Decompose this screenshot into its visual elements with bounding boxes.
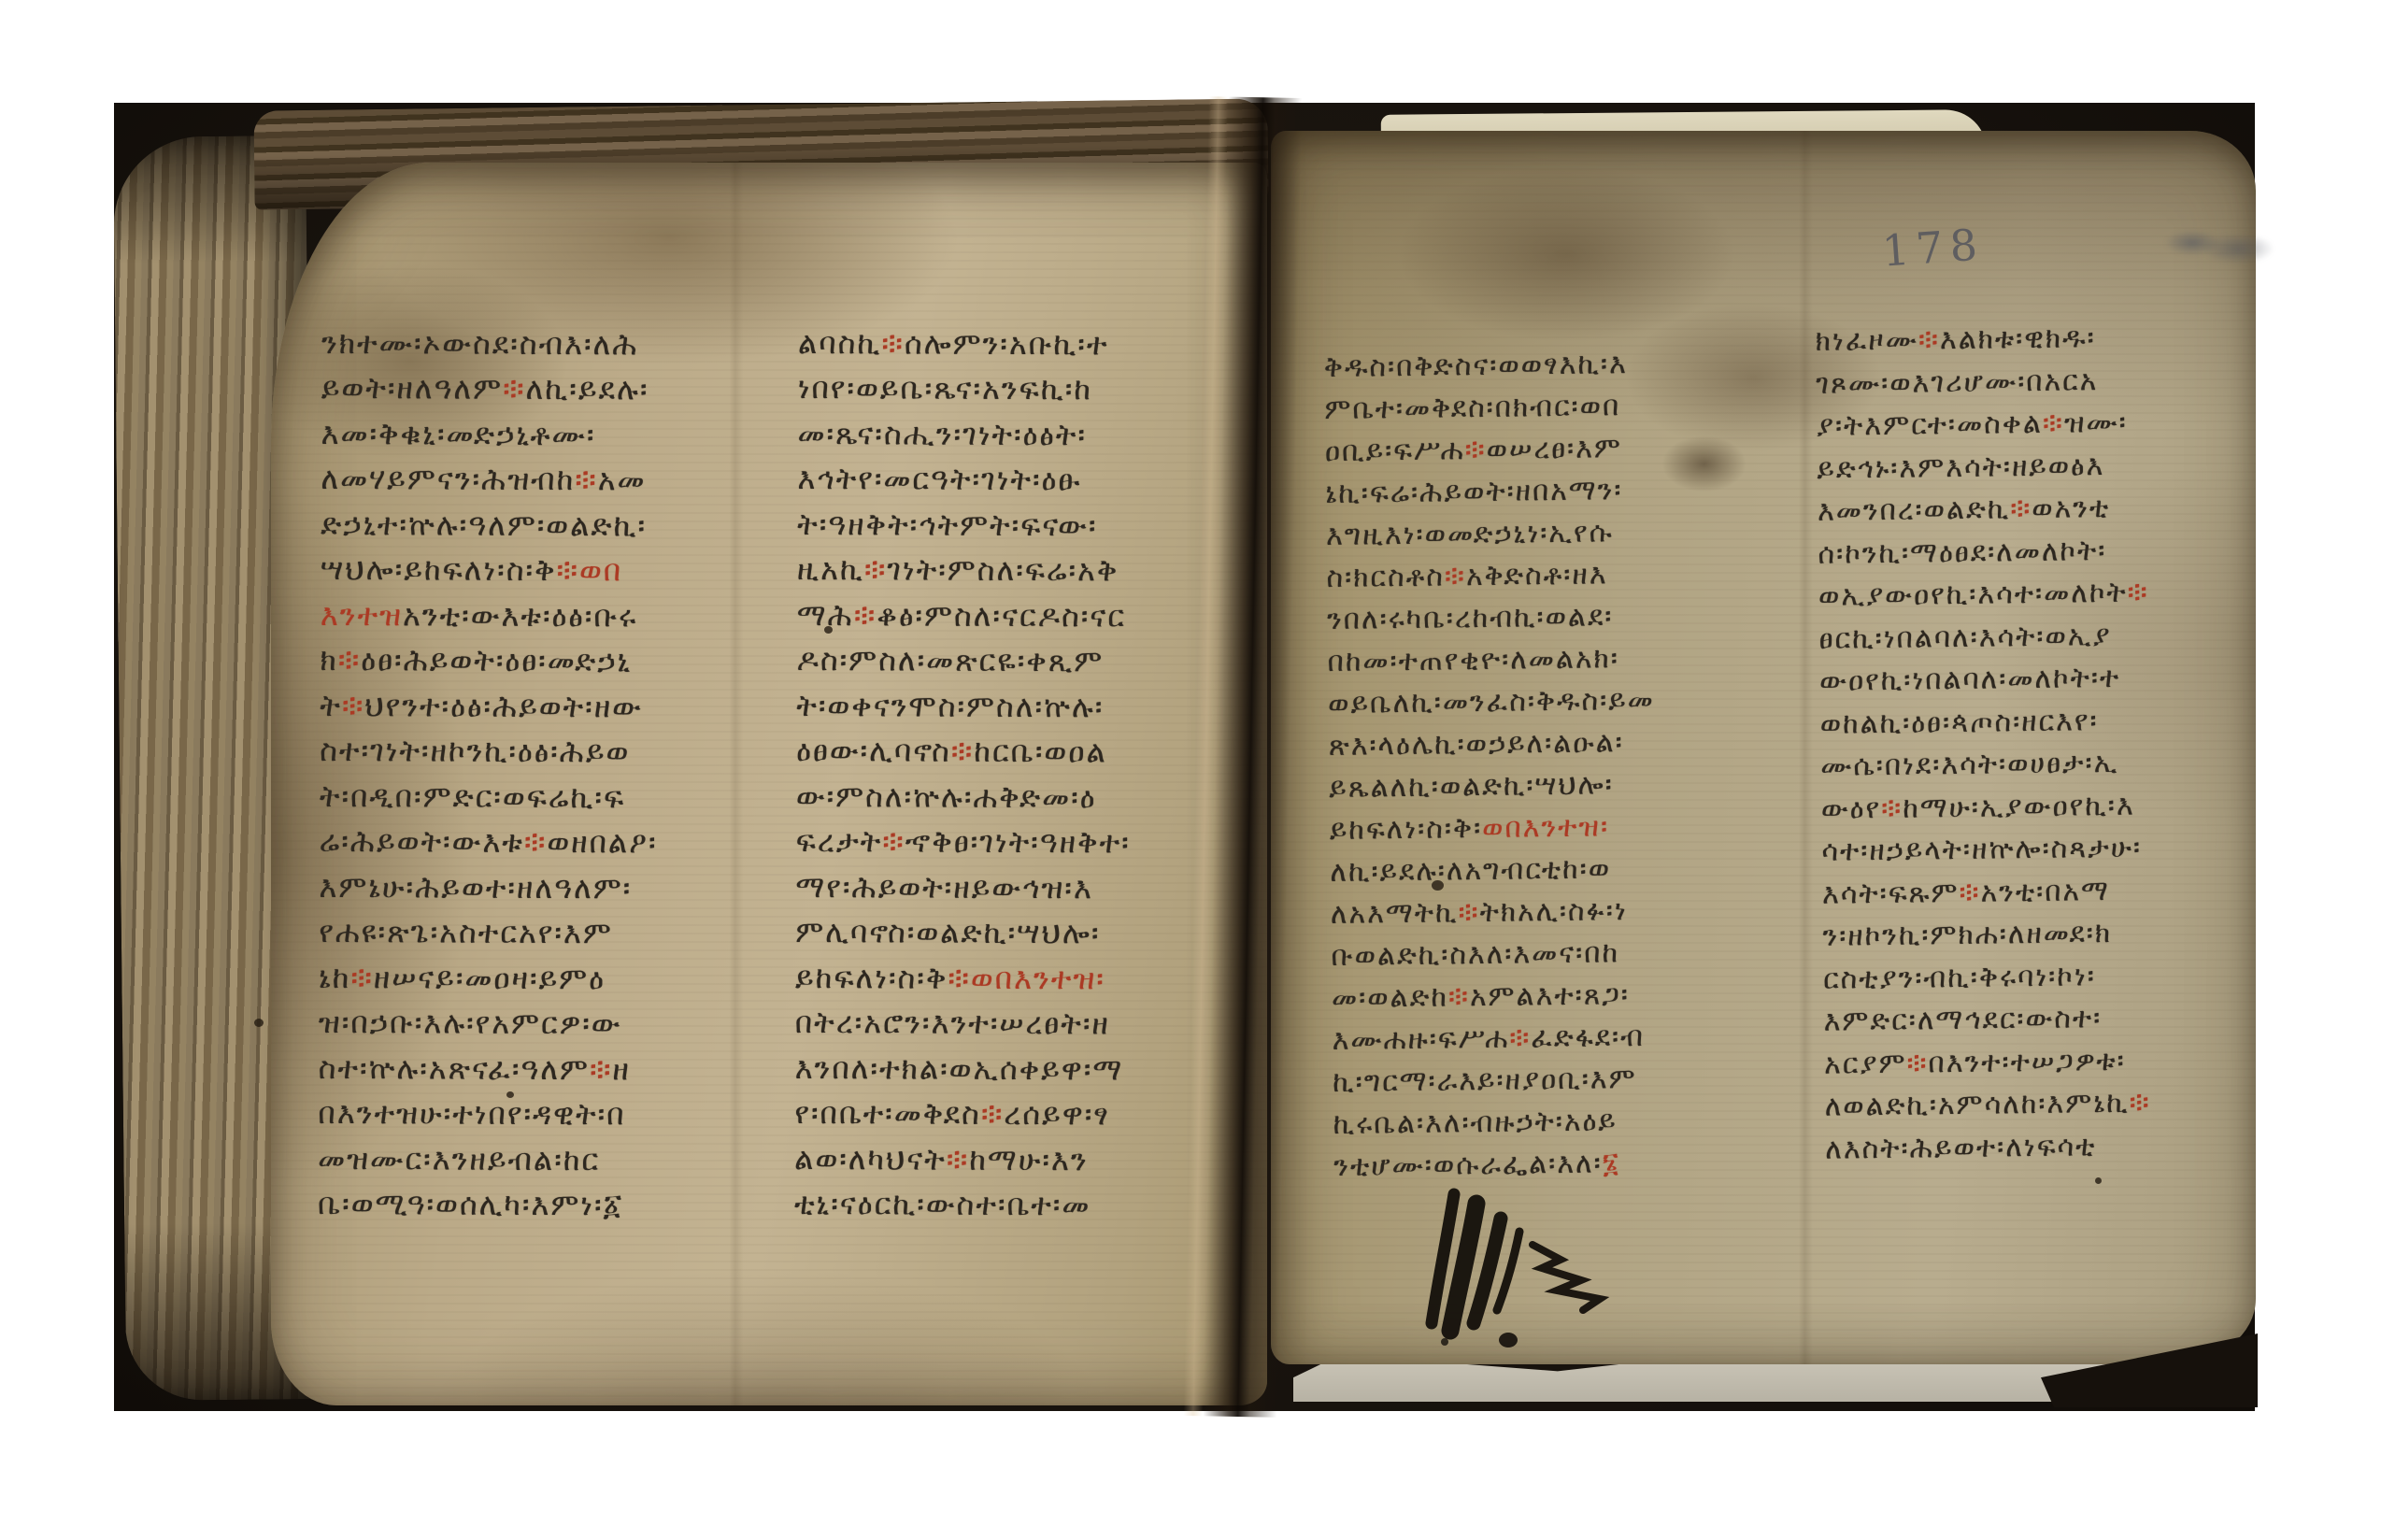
text-line: ቡወልድኪ፡ስእለ፡እመና፡በከ — [1331, 930, 1793, 977]
rubric-segment: ፨ — [2043, 407, 2064, 440]
text-segment: ከርቤ፡ወዐል — [974, 734, 1107, 771]
text-line: ስተ፡ገነት፡ዘኮንኪ፡ዕፅ፡ሕይወ — [320, 728, 768, 776]
paper-speck — [254, 1019, 264, 1027]
text-line: ን፡ዘኮንኪ፡ምክሐ፡ለዘመደ፡ክ — [1822, 910, 2251, 958]
text-line: ቅዱስ፡በቅድስና፡ወወፃእኪ፡እ — [1324, 341, 1787, 389]
text-segment: የሐዩ፡ጽጌ፡አስተርአየ፡እም — [319, 914, 613, 951]
text-segment: ይድኅኑ፡እምእሳት፡ዘይወፅእ — [1817, 449, 2104, 486]
right-page-column-2: ክነፈዞሙ፨እልክቱ፡ዊክዱ፡ገጾሙ፡ወእገሪሆሙ፡በአርአያ፡ትእምርተ፡መስ… — [1815, 315, 2253, 1171]
text-line: ዐቢይ፡ፍሥሐ፨ወሠረፀ፡እም — [1325, 425, 1788, 473]
text-line: መዝሙር፡እንዘይብል፡ከር — [318, 1136, 766, 1184]
text-segment: በእንተ፡ተሠጋዎቱ፡ — [1928, 1045, 2126, 1080]
text-line: ቤ፡ወሚዓ፡ወሰሊካ፡እምነ፡፩ — [318, 1181, 766, 1229]
text-segment: ት፡ዓዘቅት፡ኅትምት፡ፍናው፡ — [797, 506, 1097, 544]
text-segment: ገጾሙ፡ወእገሪሆሙ፡በአርአ — [1816, 364, 2098, 401]
text-line: የ፡በቤተ፡መቅደስ፨ረሰይዋ፡ፃ — [794, 1091, 1235, 1138]
text-line: ነበየ፡ወይቤ፡ጼና፡አንፍኪ፡ከ — [798, 365, 1239, 413]
text-segment: ለኪ፡ይደሉ፡ለአግብርቲከ፡ወ — [1330, 852, 1611, 889]
text-segment: ንበለ፡ሩካቤ፡ረከብኪ፡ወልደ፡ — [1327, 600, 1614, 636]
text-line: ለኪ፡ይደሉ፡ለአግብርቲከ፡ወ — [1330, 846, 1792, 893]
text-segment: ለአእማትኪ — [1331, 896, 1459, 931]
text-line: ክነፈዞሙ፨እልክቱ፡ዊክዱ፡ — [1815, 315, 2244, 363]
text-segment: ውዐየኪ፡ነበልባለ፡መለኮት፡ተ — [1819, 662, 2120, 698]
text-line: ዚአኪ፨ገነት፡ምስለ፡ፍሬ፡አቅ — [797, 547, 1238, 594]
text-segment: ወሠረፀ፡እም — [1486, 432, 1622, 466]
text-segment: ስተ፡ገነት፡ዘኮንኪ፡ዕፅ፡ሕይወ — [320, 733, 630, 770]
text-segment: እመ፡ቅቁኒ፡መድኃኒቶሙ፡ — [321, 416, 596, 453]
text-segment: ለመሃይምናን፡ሕዝብከ — [321, 461, 575, 498]
text-line: እግዚእነ፡ወመድኃኒነ፡ኢየሱ — [1326, 509, 1789, 557]
text-line: ክ፨ዕፀ፡ሕይወት፡ዕፀ፡መድኃኒ — [320, 637, 768, 685]
rubric-segment: ፨ — [881, 325, 905, 362]
left-page-column-2: ልባስኪ፨ሰሎምን፡አቡኪ፡ተነበየ፡ወይቤ፡ጼና፡አንፍኪ፡ከመ፡ጼና፡ስሒን… — [794, 321, 1239, 1229]
text-line: ት፨ህየንተ፡ዕፅ፡ሕይወት፡ዘው — [320, 683, 768, 731]
text-line: ልወ፡ለካህናት፨ከማሁ፡እን — [794, 1136, 1235, 1184]
text-segment: እሙሐዙ፡ፍሥሐ — [1332, 1022, 1509, 1057]
text-segment: ወይቤለኪ፡መንፈስ፡ቅዱስ፡ይመ — [1328, 684, 1655, 720]
text-line: ይወት፡ዘለዓለም፨ለኪ፡ይደሉ፡ — [321, 365, 770, 413]
text-segment: አቅድስቶ፡ዘእ — [1466, 558, 1608, 592]
ink-smudge — [2157, 217, 2276, 275]
rubric-segment: ፨ — [854, 597, 877, 634]
text-segment: ሰ፡ኮንኪ፡ማዕፀደ፡ለመለኮት፡ — [1818, 535, 2106, 571]
text-line: እኅትየ፡መርዓት፡ገነት፡ዕፁ — [797, 456, 1238, 504]
rubric-segment: ፨ — [1881, 791, 1903, 824]
text-segment: ከማሁ፡እን — [969, 1142, 1089, 1179]
text-segment: ወከልኪ፡ዕፀ፡ጳጦስ፡ዘርእየ፡ — [1820, 705, 2099, 741]
ink-blot — [1396, 1183, 1630, 1356]
text-segment: ንቲሆሙ፡ወሱራፌል፡እለ፡ — [1333, 1147, 1603, 1183]
text-segment: ድኃኒተ፡ኵሉ፡ዓለም፡ወልድኪ፡ — [321, 506, 647, 545]
text-segment: ት — [320, 688, 342, 724]
text-segment: ሳተ፡ዘኃይላት፡ዘኵሎ፡ስጻታሁ፡ — [1821, 832, 2142, 868]
rubric-segment: ፨ — [1906, 1047, 1928, 1079]
text-segment: ክ — [320, 642, 337, 678]
text-line: ውዕየ፨ከማሁ፡ኢያውዐየኪ፡እ — [1821, 783, 2250, 831]
text-segment: ውዕየ — [1821, 792, 1882, 826]
text-line: ወኢያውዐየኪ፡እሳተ፡መለኮት፨ — [1818, 570, 2247, 618]
text-line: ርስቲያን፡ብኪ፡ቅሩባነ፡ኮነ፡ — [1823, 953, 2252, 1001]
rubric-segment: ፨ — [524, 824, 548, 861]
text-line: ቲኒ፡ናዕርኪ፡ውስተ፡ቤተ፡መ — [794, 1181, 1235, 1229]
text-segment: ርስቲያን፡ብኪ፡ቅሩባነ፡ኮነ፡ — [1823, 960, 2096, 996]
text-line: የሐዩ፡ጽጌ፡አስተርአየ፡እም — [319, 909, 767, 957]
text-segment: ለኪ፡ይደሉ፡ — [526, 371, 649, 408]
rubric-segment: ፨ — [342, 688, 365, 724]
paper-speck — [506, 1091, 514, 1098]
text-segment: ዕፀ፡ሕይወት፡ዕፀ፡መድኃኒ — [361, 642, 632, 679]
text-line: ት፡በዲበ፡ምድር፡ወፍሬኪ፡ፍ — [320, 774, 768, 821]
text-segment: ዚአኪ — [797, 551, 864, 588]
text-line: ፍረታት፨ኆቅፀ፡ገነት፡ዓዘቅተ፡ — [796, 819, 1237, 866]
text-segment: ዝ፡በኃቡ፡እሉ፡የአምርዎ፡ው — [319, 1005, 622, 1042]
text-line: እመንበረ፡ወልድኪ፨ወአንቲ — [1818, 485, 2246, 533]
text-segment: ወዘበልዖ፡ — [547, 824, 657, 862]
paper-speck — [1432, 880, 1444, 891]
text-segment: ዶስ፡ምስለ፡መጽርዬ፡ቀጺም — [796, 642, 1104, 679]
text-segment: ዘሠናይ፡መዐዛ፡ይምዕ — [374, 960, 606, 997]
text-segment: የ፡በቤተ፡መቅደስ — [794, 1095, 981, 1133]
text-segment: ያ፡ትእምርተ፡መስቀል — [1817, 407, 2043, 443]
text-segment: ኪ፡ግርማ፡ራእይ፡ዘያዐቢ፡እም — [1333, 1062, 1637, 1099]
paper-speck — [824, 626, 833, 634]
text-line: እመ፡ቅቁኒ፡መድኃኒቶሙ፡ — [321, 411, 769, 459]
text-segment: በከመ፡ተጠየቂዮ፡ለመልአክ፡ — [1327, 642, 1619, 678]
text-segment: እንበለ፡ተክል፡ወኢሰቀይዋ፡ማ — [795, 1050, 1124, 1089]
text-line: እንበለ፡ተክል፡ወኢሰቀይዋ፡ማ — [795, 1046, 1236, 1093]
rubric-segment: ፨ — [951, 734, 975, 770]
text-segment: ምሊባኖስ፡ወልድኪ፡ሣህሎ፡ — [795, 914, 1100, 951]
text-segment: ከማሁ፡ኢያውዐየኪ፡እ — [1903, 789, 2135, 824]
text-segment: ክነፈዞሙ — [1816, 324, 1919, 358]
text-segment: ኪሩቤል፡እለ፡ብዙኃት፡አዕይ — [1333, 1105, 1618, 1141]
text-line: መ፡ወልድከ፨አምልእተ፡ጸጋ፡ — [1332, 972, 1794, 1020]
text-line: ገጾሙ፡ወእገሪሆሙ፡በአርአ — [1816, 358, 2245, 406]
text-segment: ዝሙ፡ — [2064, 406, 2128, 440]
text-line: ንቲሆሙ፡ወሱራፌል፡እለ፡፮ — [1333, 1140, 1796, 1188]
text-segment: እግዚእነ፡ወመድኃኒነ፡ኢየሱ — [1326, 516, 1614, 552]
text-segment: ት፡በዲበ፡ምድር፡ወፍሬኪ፡ፍ — [320, 778, 625, 816]
rubric-segment: እንተዝ — [321, 597, 403, 634]
text-line: ምቤተ፡መቅደስ፡በክብር፡ወበ — [1324, 383, 1787, 431]
rubric-segment: ፨ — [2129, 1087, 2150, 1119]
text-line: ለአእማትኪ፨ትክአሊ፡ስፉ፡ነ — [1331, 888, 1793, 935]
text-line: ሣህሎ፡ይከፍለነ፡ስ፡ቅ፨ወበ — [321, 547, 769, 594]
text-segment: ዘ — [612, 1051, 631, 1088]
text-segment: ት፡ወቀናንሞስ፡ምስለ፡ኵሉ፡ — [796, 688, 1104, 725]
text-segment: ሙሴ፡በነደ፡እሳት፡ወሀፀታ፡ኢ — [1820, 747, 2118, 783]
text-line: አርያም፨በእንተ፡ተሠጋዎቱ፡ — [1824, 1038, 2253, 1086]
text-segment: ይጼልለኪ፡ወልድኪ፡ሣህሎ፡ — [1329, 768, 1614, 805]
text-line: ውዐየኪ፡ነበልባለ፡መለኮት፡ተ — [1819, 655, 2248, 703]
text-line: ኔኪ፡ፍሬ፡ሕይወት፡ዘበአማን፡ — [1325, 467, 1788, 515]
text-segment: ቲኒ፡ናዕርኪ፡ውስተ፡ቤተ፡መ — [794, 1186, 1091, 1223]
rubric-segment: ፮ — [1602, 1147, 1620, 1179]
text-segment: ቡወልድኪ፡ስእለ፡እመና፡በከ — [1331, 936, 1619, 973]
text-segment: እኅትየ፡መርዓት፡ገነት፡ዕፁ — [797, 461, 1081, 498]
text-segment: ለእስት፡ሕይወተ፡ለነፍሳቲ — [1825, 1130, 2097, 1166]
text-segment: ሬ፡ሕይወት፡ውእቱ — [320, 823, 524, 861]
rubric-segment: ፨ — [1445, 560, 1466, 592]
text-line: ሬ፡ሕይወት፡ውእቱ፨ወዘበልዖ፡ — [320, 819, 768, 866]
text-segment: አመ — [598, 462, 647, 498]
rubric-segment: ፨ — [350, 960, 374, 996]
text-segment: ወኢያውዐየኪ፡እሳተ፡መለኮት — [1818, 577, 2128, 613]
text-line: ማየ፡ሕይወት፡ዘይውኅዝ፡እ — [795, 864, 1236, 912]
text-line: ኔከ፨ዘሠናይ፡መዐዛ፡ይምዕ — [319, 955, 767, 1003]
text-segment: በትረ፡አሮን፡እንተ፡ሠረፀት፡ዘ — [795, 1005, 1110, 1042]
text-line: ማሕ፨ቆፅ፡ምስለ፡ናርዶስ፡ናር — [797, 592, 1238, 640]
text-segment: አንቲ፡ውእቱ፡ዕፅ፡ቡሩ — [403, 597, 637, 635]
text-segment: ነበየ፡ወይቤ፡ጼና፡አንፍኪ፡ከ — [798, 370, 1092, 407]
text-line: ያ፡ትእምርተ፡መስቀል፨ዝሙ፡ — [1817, 400, 2246, 448]
text-segment: ጽእ፡ላዕሌኪ፡ወኃይለ፡ልዑል፡ — [1329, 726, 1624, 763]
rubric-segment: ፨ — [575, 462, 598, 498]
text-line: እምድር፡ለማኅደር፡ውስተ፡ — [1823, 995, 2252, 1043]
text-line: እምኔሁ፡ሕይወተ፡ዘለዓለም፡ — [319, 864, 767, 912]
text-segment: ገነት፡ምስለ፡ፍሬ፡አቅ — [887, 552, 1119, 590]
text-segment: ትክአሊ፡ስፉ፡ነ — [1479, 894, 1628, 929]
text-segment: ፈድፋደ፡ብ — [1531, 1020, 1645, 1054]
text-segment: ወአንቲ — [2032, 492, 2110, 525]
rubric-segment: ፨ — [947, 1141, 970, 1177]
text-line: ኪ፡ግርማ፡ራእይ፡ዘያዐቢ፡እም — [1333, 1056, 1795, 1104]
rubric-segment: ወበእንተዝ፡ — [971, 961, 1105, 998]
rubric-segment: ወበእንተዝ፡ — [1482, 810, 1609, 845]
text-line: እሳት፡ፍጹም፨አንቲ፡በአማ — [1822, 868, 2251, 916]
text-segment: ልወ፡ለካህናት — [794, 1141, 947, 1178]
manuscript-scan-page: 178 ንክተሙ፡ኦውስደ፡ስብእ፡ለሕይወት፡ዘለዓለም፨ለኪ፡ይደሉ፡እመ፡… — [0, 0, 2381, 1540]
text-line: በእንተዝሁ፡ተነበየ፡ዳዊት፡በ — [318, 1091, 766, 1138]
text-segment: ማየ፡ሕይወት፡ዘይውኅዝ፡እ — [795, 869, 1093, 906]
text-segment: አንቲ፡በአማ — [1980, 875, 2110, 909]
rubric-segment: ፨ — [2010, 492, 2032, 525]
text-segment: መ፡ጼና፡ስሒን፡ገነት፡ዕፅት፡ — [798, 416, 1088, 453]
text-line: መ፡ጼና፡ስሒን፡ገነት፡ዕፅት፡ — [797, 411, 1238, 459]
text-line: በከመ፡ተጠየቂዮ፡ለመልአክ፡ — [1327, 635, 1789, 683]
text-line: ሰ፡ኮንኪ፡ማዕፀደ፡ለመለኮት፡ — [1818, 528, 2246, 576]
text-segment: ስተ፡ኵሉ፡አጽናፈ፡ዓለም — [319, 1050, 591, 1088]
rubric-segment: ፨ — [1959, 876, 1980, 908]
text-segment: አምልእተ፡ጸጋ፡ — [1470, 978, 1630, 1013]
right-page-column-1: ቅዱስ፡በቅድስና፡ወወፃእኪ፡እምቤተ፡መቅደስ፡በክብር፡ወበዐቢይ፡ፍሥሐ… — [1324, 341, 1796, 1188]
folio-number: 178 — [1880, 219, 1985, 276]
rubric-segment: ፨ — [1464, 434, 1486, 466]
rubric-segment: ፨ — [864, 552, 888, 589]
text-line: ት፡ወቀናንሞስ፡ምስለ፡ኵሉ፡ — [796, 683, 1237, 731]
text-segment: ይወት፡ዘለዓለም — [321, 370, 503, 407]
rubric-segment: ፨ — [1918, 323, 1940, 356]
rubric-segment: ፨ — [1458, 896, 1479, 929]
text-segment: ቆፅ፡ምስለ፡ናርዶስ፡ናር — [877, 597, 1126, 635]
rubric-segment: ፨ — [882, 824, 905, 861]
text-segment: እመንበረ፡ወልድኪ — [1818, 493, 2011, 529]
rubric-segment: ፨ — [1448, 980, 1470, 1013]
text-line: ፀርኪ፡ነበልባለ፡እሳት፡ወኢያ — [1818, 613, 2247, 661]
text-line: ዕፀው፡ሊባኖስ፨ከርቤ፡ወዐል — [796, 728, 1237, 776]
rubric-segment: ወበ — [579, 552, 622, 589]
text-segment: ፀርኪ፡ነበልባለ፡እሳት፡ወኢያ — [1818, 620, 2111, 656]
text-segment: ሰሎምን፡አቡኪ፡ተ — [905, 325, 1109, 363]
text-segment: ህየንተ፡ዕፅ፡ሕይወት፡ዘው — [364, 688, 643, 725]
text-line: ስተ፡ኵሉ፡አጽናፈ፡ዓለም፨ዘ — [319, 1046, 767, 1093]
text-segment: እሳት፡ፍጹም — [1822, 877, 1960, 911]
text-line: ጽእ፡ላዕሌኪ፡ወኃይለ፡ልዑል፡ — [1328, 720, 1790, 767]
text-segment: እምድር፡ለማኅደር፡ውስተ፡ — [1823, 1002, 2102, 1038]
text-segment: አርያም — [1824, 1047, 1907, 1080]
text-segment: ይከፍለነ፡ስ፡ቅ — [795, 960, 948, 997]
text-segment: መ፡ወልድከ — [1332, 980, 1448, 1015]
text-line: እሙሐዙ፡ፍሥሐ፨ፈድፋደ፡ብ — [1332, 1014, 1794, 1062]
text-line: ምሊባኖስ፡ወልድኪ፡ሣህሎ፡ — [795, 909, 1236, 957]
text-line: ወከልኪ፡ዕፀ፡ጳጦስ፡ዘርእየ፡ — [1819, 698, 2248, 746]
text-segment: ምቤተ፡መቅደስ፡በክብር፡ወበ — [1324, 390, 1620, 426]
text-segment: እምኔሁ፡ሕይወተ፡ዘለዓለም፡ — [319, 869, 632, 906]
text-line: ኪሩቤል፡እለ፡ብዙኃት፡አዕይ — [1333, 1098, 1795, 1146]
text-segment: ኔኪ፡ፍሬ፡ሕይወት፡ዘበአማን፡ — [1325, 474, 1622, 510]
text-line: ት፡ዓዘቅት፡ኅትምት፡ፍናው፡ — [797, 502, 1238, 549]
rubric-segment: ፨ — [338, 642, 362, 678]
rubric-segment: ፨ — [590, 1051, 613, 1088]
text-line: ይከፍለነ፡ስ፡ቅ፨ወበእንተዝ፡ — [795, 955, 1236, 1003]
text-segment: በእንተዝሁ፡ተነበየ፡ዳዊት፡በ — [318, 1095, 625, 1133]
text-line: ወይቤለኪ፡መንፈስ፡ቅዱስ፡ይመ — [1328, 677, 1790, 725]
text-segment: ኆቅፀ፡ገነት፡ዓዘቅተ፡ — [905, 824, 1131, 862]
text-line: ለእስት፡ሕይወተ፡ለነፍሳቲ — [1825, 1123, 2254, 1171]
text-segment: ው፡ምስለ፡ኵሉ፡ሐቅድመ፡ዕ — [796, 778, 1097, 816]
text-line: ይድኅኑ፡እምእሳት፡ዘይወፅእ — [1817, 443, 2246, 491]
text-line: ይከፍለነ፡ስ፡ቅ፡ወበእንተዝ፡ — [1330, 804, 1792, 851]
text-line: ዶስ፡ምስለ፡መጽርዬ፡ቀጺም — [796, 637, 1237, 685]
text-line: ዝ፡በኃቡ፡እሉ፡የአምርዎ፡ው — [319, 1000, 767, 1048]
text-segment: ለወልድኪ፡አምሳለከ፡እምኔኪ — [1825, 1087, 2130, 1123]
text-line: ው፡ምስለ፡ኵሉ፡ሐቅድመ፡ዕ — [796, 774, 1237, 821]
text-segment: ረሰይዋ፡ፃ — [1004, 1096, 1110, 1133]
text-segment: እልክቱ፡ዊክዱ፡ — [1940, 321, 2096, 356]
rubric-segment: ፨ — [503, 371, 526, 407]
text-segment: ን፡ዘኮንኪ፡ምክሐ፡ለዘመደ፡ክ — [1822, 917, 2112, 953]
text-line: እንተዝአንቲ፡ውእቱ፡ዕፅ፡ቡሩ — [321, 592, 769, 640]
text-line: ድኃኒተ፡ኵሉ፡ዓለም፡ወልድኪ፡ — [321, 502, 769, 549]
text-segment: ቅዱስ፡በቅድስና፡ወወፃእኪ፡እ — [1324, 348, 1628, 384]
text-segment: ይከፍለነ፡ስ፡ቅ፡ — [1330, 812, 1483, 847]
text-segment: ዕፀው፡ሊባኖስ — [796, 733, 951, 770]
text-segment: ስ፡ክርስቶስ — [1326, 560, 1445, 594]
text-line: ስ፡ክርስቶስ፨አቅድስቶ፡ዘእ — [1326, 551, 1789, 599]
rubric-segment: ፨ — [1509, 1021, 1531, 1054]
text-line: ሙሴ፡በነደ፡እሳት፡ወሀፀታ፡ኢ — [1820, 740, 2249, 788]
paper-speck — [2095, 1177, 2102, 1184]
text-segment: መዝሙር፡እንዘይብል፡ከር — [318, 1141, 600, 1178]
photo-area: 178 ንክተሙ፡ኦውስደ፡ስብእ፡ለሕይወት፡ዘለዓለም፨ለኪ፡ይደሉ፡እመ፡… — [114, 103, 2255, 1411]
rubric-segment: ፨ — [948, 960, 971, 996]
rubric-segment: ፨ — [2127, 577, 2148, 609]
text-line: ይጼልለኪ፡ወልድኪ፡ሣህሎ፡ — [1329, 762, 1791, 809]
left-page-column-1: ንክተሙ፡ኦውስደ፡ስብእ፡ለሕይወት፡ዘለዓለም፨ለኪ፡ይደሉ፡እመ፡ቅቁኒ፡… — [318, 321, 770, 1229]
text-segment: ሣህሎ፡ይከፍለነ፡ስ፡ቅ — [321, 551, 557, 589]
text-segment: ቤ፡ወሚዓ፡ወሰሊካ፡እምነ፡፩ — [318, 1186, 623, 1223]
rubric-segment: ፨ — [556, 552, 579, 589]
text-segment: ፍረታት — [796, 823, 883, 860]
text-segment: ዐቢይ፡ፍሥሐ — [1325, 434, 1465, 468]
text-segment: ኔከ — [319, 960, 350, 996]
text-line: ንበለ፡ሩካቤ፡ረከብኪ፡ወልደ፡ — [1327, 593, 1789, 641]
text-segment: ንክተሙ፡ኦውስደ፡ስብእ፡ለሕ — [321, 325, 639, 363]
text-line: ሳተ፡ዘኃይላት፡ዘኵሎ፡ስጻታሁ፡ — [1821, 825, 2250, 873]
text-line: ለወልድኪ፡አምሳለከ፡እምኔኪ፨ — [1824, 1080, 2253, 1128]
text-segment: ልባስኪ — [798, 325, 882, 362]
rubric-segment: ፨ — [981, 1096, 1005, 1133]
text-line: ለመሃይምናን፡ሕዝብከ፨አመ — [321, 456, 769, 504]
text-line: ልባስኪ፨ሰሎምን፡አቡኪ፡ተ — [798, 321, 1239, 368]
text-line: ንክተሙ፡ኦውስደ፡ስብእ፡ለሕ — [321, 321, 770, 368]
text-line: በትረ፡አሮን፡እንተ፡ሠረፀት፡ዘ — [795, 1000, 1236, 1048]
